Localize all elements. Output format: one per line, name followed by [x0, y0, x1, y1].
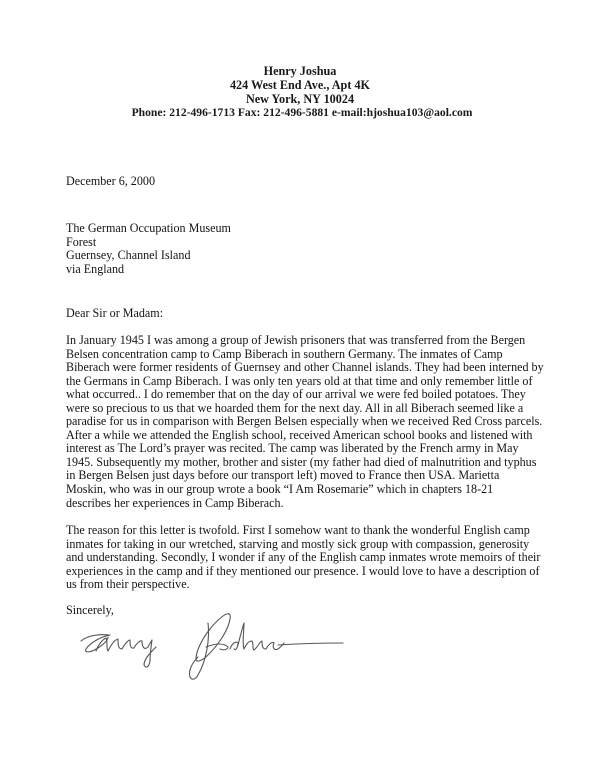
- paragraph-line: in Bergen Belsen just days before our tr…: [66, 469, 544, 483]
- sender-address-line1: 424 West End Ave., Apt 4K: [0, 78, 600, 92]
- letterhead: Henry Joshua 424 West End Ave., Apt 4K N…: [0, 64, 600, 120]
- recipient-line: via England: [66, 263, 231, 277]
- sender-address-line2: New York, NY 10024: [0, 92, 600, 106]
- paragraph-line: In January 1945 I was among a group of J…: [66, 334, 544, 348]
- paragraph-line: Moskin, who was in our group wrote a boo…: [66, 483, 544, 497]
- paragraph-line: 1945. Subsequently my mother, brother an…: [66, 456, 544, 470]
- letter-page: Henry Joshua 424 West End Ave., Apt 4K N…: [0, 0, 600, 776]
- signature-icon: [78, 613, 358, 683]
- paragraph-line: the Germans in Camp Biberach. I was only…: [66, 375, 544, 389]
- paragraph-line: The reason for this letter is twofold. F…: [66, 524, 540, 538]
- recipient-line: Forest: [66, 236, 231, 250]
- paragraph-line: Belsen concentration camp to Camp Bibera…: [66, 348, 544, 362]
- letter-date: December 6, 2000: [66, 175, 155, 189]
- paragraph-line: were so precious to us that we hoarded t…: [66, 402, 544, 416]
- recipient-line: Guernsey, Channel Island: [66, 249, 231, 263]
- recipient-address: The German Occupation Museum Forest Guer…: [66, 222, 231, 276]
- sender-contact-info: Phone: 212-496-1713 Fax: 212-496-5881 e-…: [4, 106, 600, 120]
- paragraph-line: what occurred.. I do remember that on th…: [66, 388, 544, 402]
- paragraph-line: interest as The Lord’s prayer was recite…: [66, 442, 544, 456]
- recipient-line: The German Occupation Museum: [66, 222, 231, 236]
- sender-name: Henry Joshua: [0, 64, 600, 78]
- paragraph-line: inmates for taking in our wretched, star…: [66, 538, 540, 552]
- body-paragraph-2: The reason for this letter is twofold. F…: [66, 524, 540, 592]
- salutation-text: Dear Sir or Madam:: [66, 307, 163, 321]
- salutation: Dear Sir or Madam:: [66, 307, 163, 321]
- paragraph-line: us from their perspective.: [66, 578, 540, 592]
- paragraph-line: describes her experiences in Camp Bibera…: [66, 497, 544, 511]
- paragraph-line: paradise for us in comparison with Berge…: [66, 415, 544, 429]
- paragraph-line: After a while we attended the English sc…: [66, 429, 544, 443]
- paragraph-line: experiences in the camp and if they ment…: [66, 565, 540, 579]
- paragraph-line: and understanding. Secondly, I wonder if…: [66, 551, 540, 565]
- paragraph-line: Biberach were former residents of Guerns…: [66, 361, 544, 375]
- body-paragraph-1: In January 1945 I was among a group of J…: [66, 334, 544, 510]
- date-text: December 6, 2000: [66, 175, 155, 189]
